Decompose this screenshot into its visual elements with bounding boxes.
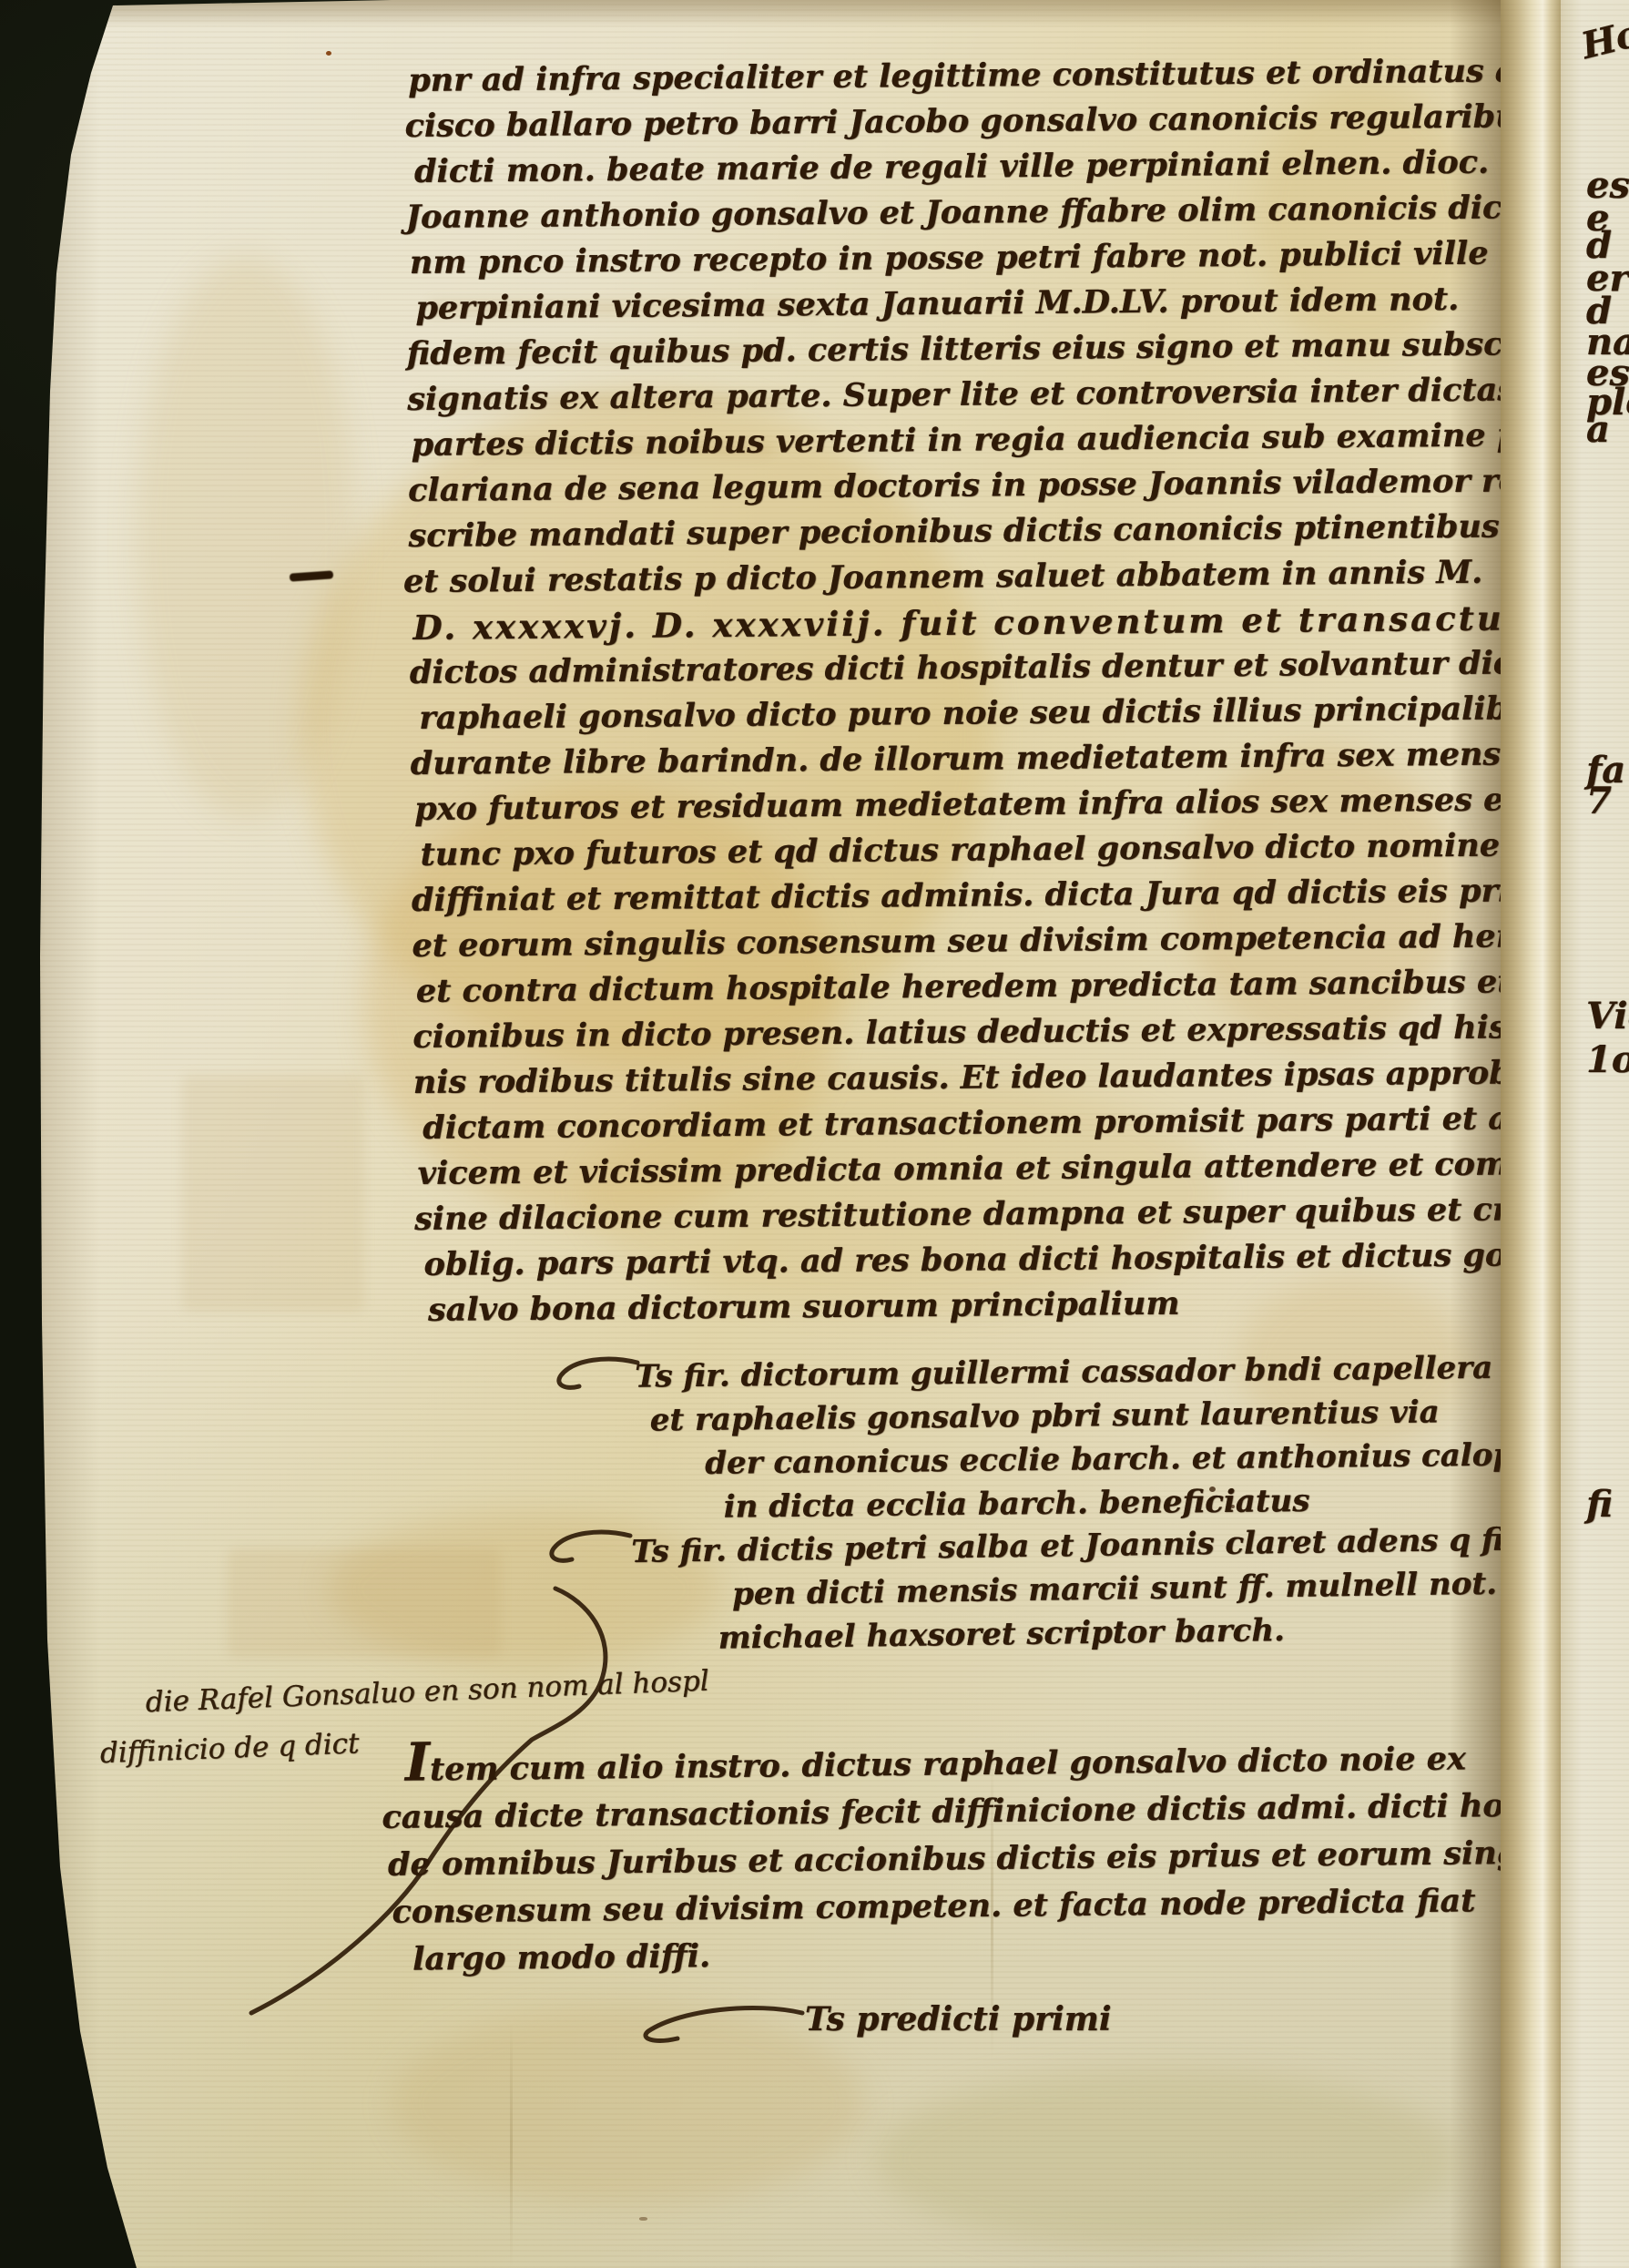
item-paragraph: Item cum alio instro. dictus raphael gon… bbox=[382, 1732, 1586, 1984]
pen-flourish bbox=[554, 1354, 640, 1392]
closing-line: Ts predicti primi bbox=[805, 2000, 1112, 2038]
main-paragraph: pnr ad infra specialiter et legittime co… bbox=[404, 46, 1629, 1333]
left-edge-shadow bbox=[0, 0, 100, 2268]
top-edge-shadow bbox=[0, 0, 1501, 27]
manuscript-page: pnr ad infra specialiter et legittime co… bbox=[0, 0, 1501, 2268]
facing-page-fragment: 1o bbox=[1586, 1038, 1629, 1081]
ink-speck bbox=[326, 51, 331, 56]
facing-page-fragment: Vic bbox=[1586, 995, 1629, 1037]
facing-page-fragment: fi bbox=[1586, 1483, 1613, 1526]
paper-stain bbox=[874, 2068, 1457, 2250]
witness-block-1: Ts fir. dictorum guillermi cassador bndi… bbox=[635, 1344, 1614, 1529]
pen-flourish bbox=[546, 1527, 633, 1565]
facing-page-fragment: 7 bbox=[1586, 780, 1612, 822]
paper-crease bbox=[510, 2022, 513, 2268]
paper-texture bbox=[1501, 0, 1561, 2268]
facing-page: Hosp est e d er d na est ple a fa 7 Vic … bbox=[1561, 0, 1629, 2268]
ink-speck bbox=[639, 2217, 647, 2221]
page-gutter bbox=[1501, 0, 1561, 2268]
ink-bleedthrough bbox=[182, 1075, 364, 1312]
manuscript-photo: pnr ad infra specialiter et legittime co… bbox=[0, 0, 1629, 2268]
pen-flourish bbox=[637, 2002, 806, 2044]
facing-page-fragment: a bbox=[1586, 408, 1610, 451]
witness-block-2: Ts fir. dictis petri salba et Joannis cl… bbox=[631, 1517, 1542, 1661]
paper-stain bbox=[137, 255, 355, 820]
